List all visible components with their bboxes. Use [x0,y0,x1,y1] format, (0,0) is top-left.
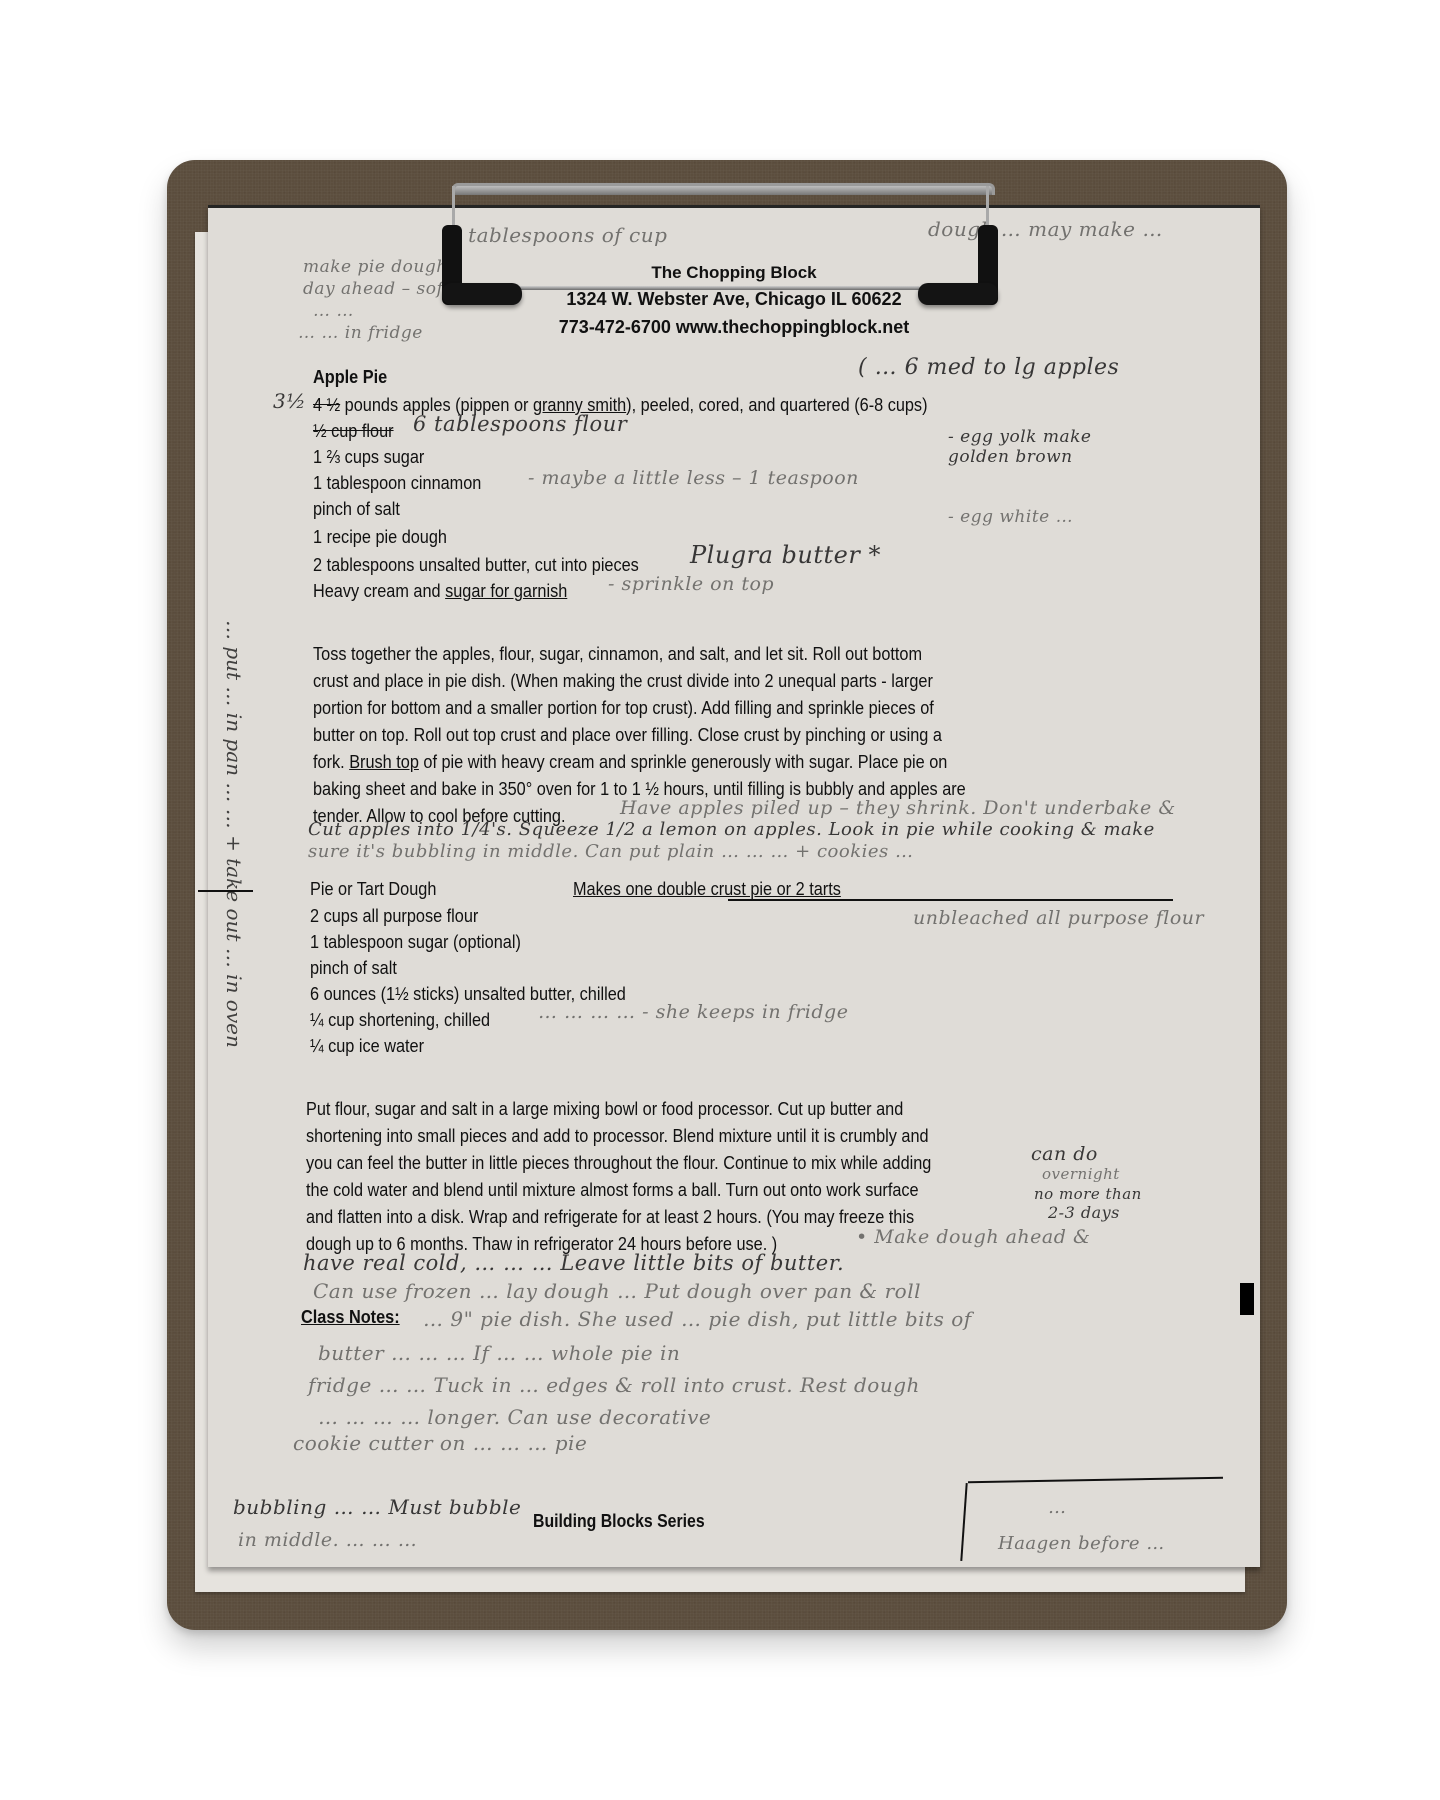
method-line: Toss together the apples, flour, sugar, … [313,640,922,667]
ingredient-flour: ½ cup flour [313,417,394,444]
note-vertical-margin: … put … in pan … … + take out … in oven [222,620,246,1048]
class-note-line: fridge … … Tuck in … edges & roll into c… [308,1373,920,1397]
dough-ingredient: 2 cups all purpose flour [310,902,478,929]
method-line: Put flour, sugar and salt in a large mix… [306,1095,903,1122]
dough-ingredient: 1 tablespoon sugar (optional) [310,928,521,955]
note-top-left-3: … … [313,301,354,321]
clip-top-bar [452,183,995,195]
note-top-center: 6 tablespoons of cup [448,223,667,247]
note-top-left-4: … … in fridge [298,323,423,343]
dough-yield: Makes one double crust pie or 2 tarts [573,875,841,902]
method-line: fork. Brush top of pie with heavy cream … [313,748,947,775]
yield-underline-extra [1098,899,1173,901]
note-top-right: dough … may make … [928,217,1163,241]
bottom-right-bracket-top [968,1477,1223,1483]
note-method-1: Have apples piled up – they shrink. Don'… [620,797,1176,819]
method-line: crust and place in pie dish. (When makin… [313,667,933,694]
ingredient-butter: 2 tablespoons unsalted butter, cut into … [313,551,639,578]
dough-ingredient: ¼ cup ice water [310,1032,424,1059]
footer-series: Building Blocks Series [533,1508,705,1535]
note-bottom-left-2: in middle. … … … [238,1529,417,1551]
method-line: the cold water and blend until mixture a… [306,1176,919,1203]
note-egg-white: - egg white … [948,507,1073,527]
toner-blot [1240,1283,1254,1315]
note-3-5-pounds: 3½ [273,389,306,413]
ingredient-garnish: Heavy cream and sugar for garnish [313,577,567,604]
apple-pie-title: Apple Pie [313,363,387,390]
method-line: shortening into small pieces and add to … [306,1122,929,1149]
note-bottom-right-1: … [1048,1497,1067,1518]
note-cinnamon: - maybe a little less – 1 teaspoon [528,467,859,489]
note-shortening: … … … … - she keeps in fridge [538,1001,848,1023]
class-notes-label: Class Notes: [301,1303,400,1330]
note-bottom-right-2: Haagen before … [998,1533,1165,1554]
ingredient-sugar: 1 ⅔ cups sugar [313,443,424,470]
note-unbleached-flour: unbleached all purpose flour [913,907,1204,929]
method-line: you can feel the butter in little pieces… [306,1149,931,1176]
ingredient-salt: pinch of salt [313,495,400,522]
class-note-line: … 9" pie dish. She used … pie dish, put … [423,1307,972,1331]
note-no-more-than: no more than [1034,1185,1142,1203]
method-line: portion for bottom and a smaller portion… [313,694,934,721]
note-method-3: sure it's bubbling in middle. Can put pl… [308,841,913,862]
clip-foot-right [918,283,998,305]
bottom-right-bracket-side [960,1483,967,1561]
note-bottom-left-1: bubbling … … Must bubble [233,1495,521,1519]
note-method-2: Cut apples into 1/4's. Squeeze 1/2 a lem… [308,819,1155,840]
dough-title: Pie or Tart Dough [310,875,436,902]
clip-foot-left [442,283,522,305]
note-top-left-1: make pie dough [303,257,448,277]
class-note-line: have real cold, … … … Leave little bits … [303,1251,844,1275]
class-note-line: butter … … … If … … whole pie in [318,1341,680,1365]
note-make-dough-ahead: • Make dough ahead & [856,1226,1090,1248]
note-apples-count: ( … 6 med to lg apples [858,355,1119,380]
note-6-tbsp-flour: 6 tablespoons flour [413,412,627,436]
note-overnight: overnight [1042,1165,1120,1183]
class-note-line: … … … … longer. Can use decorative [318,1405,711,1429]
class-note-line: cookie cutter on … … … pie [293,1431,587,1455]
note-2-3-days: 2-3 days [1048,1203,1120,1222]
margin-mark [198,890,253,892]
class-note-line: Can use frozen … lay dough … Put dough o… [313,1279,921,1303]
note-plugra-butter: Plugra butter * [690,541,881,569]
clip-lower-bar [500,286,920,290]
ingredient-cinnamon: 1 tablespoon cinnamon [313,469,481,496]
dough-ingredient: pinch of salt [310,954,397,981]
note-egg-yolk: - egg yolk make golden brown [948,427,1148,467]
recipe-sheet: The Chopping Block 1324 W. Webster Ave, … [208,205,1260,1567]
note-can-do: can do [1031,1143,1098,1165]
method-line: butter on top. Roll out top crust and pl… [313,721,942,748]
note-sprinkle: - sprinkle on top [608,573,774,595]
ingredient-pie-dough: 1 recipe pie dough [313,523,447,550]
photocopy-edge-line [208,205,1260,208]
dough-ingredient: ¼ cup shortening, chilled [310,1006,490,1033]
method-line: and flatten into a disk. Wrap and refrig… [306,1203,914,1230]
